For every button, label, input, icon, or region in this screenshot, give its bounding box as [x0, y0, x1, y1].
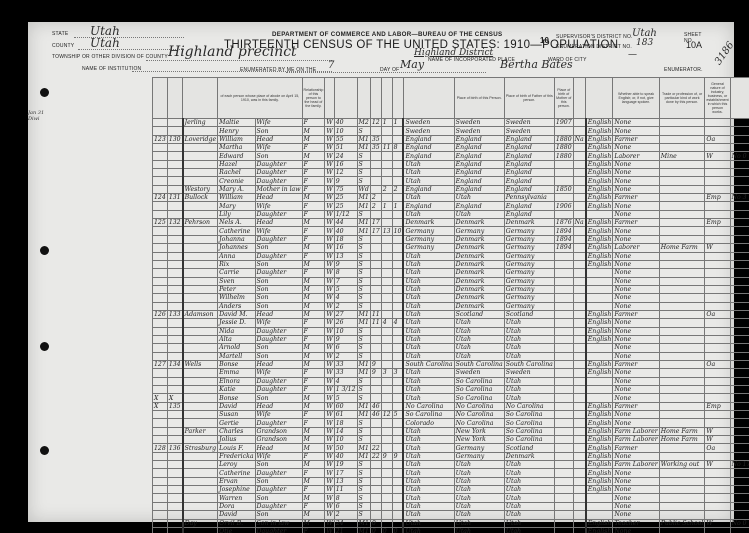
cell-surname: Westory — [183, 185, 218, 193]
cell-surname — [183, 177, 218, 185]
cell-bp: Utah — [403, 210, 454, 218]
table-row: CatherineWifeFW40M1171310GermanyGermanyG… — [153, 227, 749, 235]
cell-ch2 — [392, 444, 403, 452]
binding-hole — [40, 446, 49, 455]
cell-bp: Utah — [403, 511, 454, 519]
cell-ind — [659, 452, 705, 460]
cell-race: W — [325, 319, 334, 327]
cell-ch2 — [392, 252, 403, 260]
cell-trade: None — [613, 127, 659, 135]
cell-nat — [573, 335, 586, 343]
cell-emp — [705, 511, 730, 519]
cell-fb: New York — [454, 427, 504, 435]
cell-ind — [659, 394, 705, 402]
cell-dw — [153, 152, 168, 160]
cell-trade: Farmer — [613, 310, 659, 318]
cell-ch2 — [392, 310, 403, 318]
cell-ch1 — [381, 269, 392, 277]
cell-ms: S — [357, 377, 370, 385]
date-line — [286, 72, 486, 73]
cell-nat — [573, 152, 586, 160]
incorporated-value: Highland District — [414, 48, 493, 58]
cell-bp: Utah — [403, 469, 454, 477]
cell-race: W — [325, 127, 334, 135]
cell-race: W — [325, 386, 334, 394]
table-row: EdwardSonMW24SEnglandEnglandEngland1880E… — [153, 152, 749, 160]
cell-ch2 — [392, 277, 403, 285]
cell-ind — [659, 502, 705, 510]
cell-nat — [573, 394, 586, 402]
cell-sex: M — [302, 194, 325, 202]
cell-surname: Adamson — [183, 310, 218, 318]
cell-imm: 1894 — [554, 235, 573, 243]
cell-ch2: 5 — [392, 411, 403, 419]
cell-dw: X — [153, 402, 168, 410]
cell-trade: None — [613, 269, 659, 277]
cell-fam — [167, 344, 182, 352]
cell-trade: Farm Laborer — [613, 461, 659, 469]
cell-surname — [183, 260, 218, 268]
cell-ind — [659, 344, 705, 352]
table-row: GertieDaughterFW18SColoradoNo CarolinaSo… — [153, 419, 749, 427]
table-row: AnnaDaughterFW13SUtahDenmarkGermanyEngli… — [153, 252, 749, 260]
cell-fb: Denmark — [454, 285, 504, 293]
cell-dw: 127 — [153, 360, 168, 368]
cell-ms: S — [357, 394, 370, 402]
table-row: CreonieDaughterFW9SUtahEnglandEnglandEng… — [153, 177, 749, 185]
cell-dw: 126 — [153, 310, 168, 318]
cell-age: 24 — [334, 152, 357, 160]
cell-mb: Sweden — [504, 119, 554, 127]
cell-emp — [705, 169, 730, 177]
table-row: WilhelmSonMW4SUtahDenmarkGermanyNone — [153, 294, 749, 302]
cell-ind — [659, 402, 705, 410]
table-row: X135DavidHeadMW60M146No CarolinaNo Carol… — [153, 402, 749, 410]
cell-fb: Utah — [454, 461, 504, 469]
cell-surname: Loveridge — [183, 135, 218, 143]
cell-yrs — [370, 344, 381, 352]
cell-ch1: 11 — [381, 144, 392, 152]
cell-nat — [573, 319, 586, 327]
cell-mb: Utah — [504, 394, 554, 402]
cell-race: W — [325, 152, 334, 160]
cell-sex: F — [302, 502, 325, 510]
census-sheet: STATE Utah COUNTY Utah TOWNSHIP OR OTHER… — [28, 22, 734, 522]
cell-sex: M — [302, 135, 325, 143]
cell-ch2: 3 — [392, 369, 403, 377]
cell-dw — [153, 294, 168, 302]
cell-sex: M — [302, 127, 325, 135]
cell-dw — [153, 369, 168, 377]
cell-imm — [554, 452, 573, 460]
cell-mb: England — [504, 144, 554, 152]
cell-ch2 — [392, 394, 403, 402]
cell-fam — [167, 160, 182, 168]
cell-surname — [183, 494, 218, 502]
cell-rw: No 3 — [730, 194, 749, 202]
table-row: JosephineDaughterFW11SUtahUtahUtahEnglis… — [153, 486, 749, 494]
cell-ind — [659, 486, 705, 494]
cell-ind — [659, 135, 705, 143]
cell-yrs — [370, 177, 381, 185]
cell-rel: Son — [255, 285, 302, 293]
cell-race: W — [325, 402, 334, 410]
cell-ch1 — [381, 252, 392, 260]
cell-nat: Na — [573, 219, 586, 227]
cell-ind — [659, 235, 705, 243]
cell-rel: Daughter — [255, 419, 302, 427]
table-row: 128136StrasburgLouis F.HeadMW50M122UtahG… — [153, 444, 749, 452]
cell-lang: English — [586, 227, 613, 235]
cell-surname — [183, 269, 218, 277]
cell-trade: None — [613, 160, 659, 168]
table-row: HazelDaughterFW16SUtahEnglandEnglandEngl… — [153, 160, 749, 168]
cell-emp: W — [705, 436, 730, 444]
cell-bp: Utah — [403, 527, 454, 533]
cell-bp: Utah — [403, 169, 454, 177]
cell-ch1 — [381, 135, 392, 143]
cell-given: Orvil B. — [218, 519, 255, 527]
cell-nat — [573, 486, 586, 494]
cell-race: W — [325, 260, 334, 268]
cell-age: 27 — [334, 310, 357, 318]
cell-imm — [554, 169, 573, 177]
cell-mb: Denmark — [504, 452, 554, 460]
cell-ch1 — [381, 469, 392, 477]
cell-ms: M1 — [357, 519, 370, 527]
cell-ch1 — [381, 427, 392, 435]
cell-surname — [183, 302, 218, 310]
cell-given: Mary — [218, 202, 255, 210]
cell-imm — [554, 502, 573, 510]
cell-rel: Wife — [255, 411, 302, 419]
cell-bp: No Carolina — [403, 402, 454, 410]
cell-sex: F — [302, 386, 325, 394]
department-heading: DEPARTMENT OF COMMERCE AND LABOR—BUREAU … — [272, 31, 502, 38]
cell-sex: F — [302, 119, 325, 127]
cell-fb: So Carolina — [454, 386, 504, 394]
cell-nat — [573, 344, 586, 352]
cell-yrs — [370, 327, 381, 335]
cell-given: Gertie — [218, 419, 255, 427]
cell-mb: Utah — [504, 511, 554, 519]
cell-surname — [183, 327, 218, 335]
cell-fb: Utah — [454, 511, 504, 519]
children-living-header — [403, 78, 454, 119]
table-row: MartellSonMW2SUtahUtahUtahNone — [153, 352, 749, 360]
cell-surname — [183, 452, 218, 460]
cell-lang: English — [586, 335, 613, 343]
cell-mb: Utah — [504, 494, 554, 502]
cell-given: Catherine — [218, 469, 255, 477]
cell-given: Leroy — [218, 461, 255, 469]
table-row: ArnoldSonMW6SUtahUtahUtahNone — [153, 344, 749, 352]
table-row: OtieDaughterFW21M1000UtahUtahUtahEnglish… — [153, 527, 749, 533]
cell-ch1: 2 — [381, 185, 392, 193]
cell-lang: English — [586, 260, 613, 268]
cell-emp — [705, 119, 730, 127]
cell-ch2 — [392, 427, 403, 435]
cell-mb: Germany — [504, 302, 554, 310]
cell-lang: English — [586, 152, 613, 160]
cell-nat — [573, 511, 586, 519]
cell-surname — [183, 235, 218, 243]
state-label: STATE — [52, 31, 68, 37]
cell-age: 4 — [334, 294, 357, 302]
corner-stamp: 3186 — [713, 40, 737, 67]
table-row: RixSonMW9SUtahDenmarkGermanyEnglishNoney… — [153, 260, 749, 268]
cell-dw — [153, 486, 168, 494]
cell-rel: Daughter — [255, 210, 302, 218]
cell-bp: England — [403, 202, 454, 210]
cell-fam — [167, 144, 182, 152]
cell-trade: Laborer — [613, 244, 659, 252]
cell-given: Martell — [218, 352, 255, 360]
cell-dw — [153, 185, 168, 193]
cell-imm — [554, 269, 573, 277]
cell-emp: W — [705, 427, 730, 435]
cell-ind — [659, 119, 705, 127]
cell-fam — [167, 494, 182, 502]
cell-emp: Oa — [705, 135, 730, 143]
cell-ch1 — [381, 127, 392, 135]
cell-emp — [705, 494, 730, 502]
cell-lang — [586, 352, 613, 360]
cell-given: Martha — [218, 144, 255, 152]
cell-given: Jolius — [218, 436, 255, 444]
cell-ms: S — [357, 235, 370, 243]
cell-ch1 — [381, 461, 392, 469]
cell-ms: S — [357, 269, 370, 277]
cell-rw — [730, 436, 749, 444]
cell-sex: F — [302, 185, 325, 193]
cell-imm — [554, 194, 573, 202]
cell-lang — [586, 285, 613, 293]
cell-imm — [554, 319, 573, 327]
cell-ind — [659, 494, 705, 502]
table-row: JohannesSonMW16SGermanyDenmarkGermany189… — [153, 244, 749, 252]
cell-emp: W — [705, 519, 730, 527]
county-label: COUNTY — [52, 43, 74, 49]
cell-race: W — [325, 160, 334, 168]
cell-lang: English — [586, 219, 613, 227]
cell-fam — [167, 285, 182, 293]
cell-imm: 1876 — [554, 219, 573, 227]
cell-ch2 — [392, 502, 403, 510]
cell-bp: Utah — [403, 377, 454, 385]
cell-rel: Wife — [255, 369, 302, 377]
cell-trade: None — [613, 252, 659, 260]
cell-nat — [573, 377, 586, 385]
cell-race: W — [325, 310, 334, 318]
cell-emp — [705, 411, 730, 419]
cell-ch2 — [392, 260, 403, 268]
cell-dw — [153, 461, 168, 469]
cell-sex: M — [302, 494, 325, 502]
cell-emp: Emp — [705, 219, 730, 227]
cell-trade: Farmer — [613, 402, 659, 410]
cell-ms: S — [357, 477, 370, 485]
cell-age: 7 — [334, 277, 357, 285]
cell-race: W — [325, 177, 334, 185]
cell-trade: None — [613, 377, 659, 385]
cell-rel: Daughter — [255, 502, 302, 510]
cell-fb: Utah — [454, 469, 504, 477]
table-row: Jessie D.WifeFW26M11144UtahUtahUtahEngli… — [153, 319, 749, 327]
cell-age: 2 — [334, 511, 357, 519]
cell-bp: Utah — [403, 310, 454, 318]
cell-ch2 — [392, 210, 403, 218]
cell-age: 55 — [334, 135, 357, 143]
table-row: 123130LoveridgeWilliamHeadMW55M135Englan… — [153, 135, 749, 143]
cell-race: W — [325, 269, 334, 277]
cell-mb: England — [504, 202, 554, 210]
cell-sex: M — [302, 352, 325, 360]
cell-rw — [730, 469, 749, 477]
cell-ch1 — [381, 436, 392, 444]
cell-ind: Home Farm — [659, 427, 705, 435]
cell-ch1 — [381, 294, 392, 302]
cell-age: 10 — [334, 327, 357, 335]
cell-fb: Utah — [454, 477, 504, 485]
cell-trade: Teacher — [613, 519, 659, 527]
cell-surname — [183, 160, 218, 168]
cell-lang — [586, 394, 613, 402]
cell-bp: Colorado — [403, 419, 454, 427]
cell-fam — [167, 277, 182, 285]
cell-age: 19 — [334, 461, 357, 469]
cell-trade: None — [613, 527, 659, 533]
cell-imm: 1894 — [554, 227, 573, 235]
cell-mb: Utah — [504, 377, 554, 385]
cell-yrs — [370, 511, 381, 519]
table-row: MarthaWifeFW51M135118EnglandEnglandEngla… — [153, 144, 749, 152]
cell-lang: English — [586, 169, 613, 177]
cell-trade: Farmer — [613, 135, 659, 143]
cell-given: Creonie — [218, 177, 255, 185]
cell-rw — [730, 477, 749, 485]
cell-yrs: 35 — [370, 144, 381, 152]
table-row: 125132PehrsonNels A.HeadMW44M117DenmarkD… — [153, 219, 749, 227]
cell-yrs: 9 — [370, 360, 381, 368]
cell-ind: Public School — [659, 519, 705, 527]
cell-fam — [167, 502, 182, 510]
cell-given: Warren — [218, 494, 255, 502]
cell-nat — [573, 527, 586, 533]
cell-surname — [183, 344, 218, 352]
cell-sex: F — [302, 452, 325, 460]
cell-given: Bonse — [218, 394, 255, 402]
cell-sex: M — [302, 294, 325, 302]
census-table: of each person whose place of abode on A… — [152, 77, 749, 533]
cell-ind — [659, 285, 705, 293]
cell-fam — [167, 369, 182, 377]
cell-surname — [183, 477, 218, 485]
cell-nat — [573, 252, 586, 260]
cell-mb: Germany — [504, 252, 554, 260]
cell-race: W — [325, 477, 334, 485]
cell-yrs: 9 — [370, 369, 381, 377]
cell-imm — [554, 360, 573, 368]
cell-surname — [183, 469, 218, 477]
cell-rw — [730, 202, 749, 210]
cell-emp — [705, 302, 730, 310]
cell-sex: F — [302, 227, 325, 235]
trade-header: Trade or profession of, or particular ki… — [659, 78, 705, 119]
cell-bp: England — [403, 135, 454, 143]
cell-emp — [705, 285, 730, 293]
cell-surname — [183, 352, 218, 360]
cell-given: Johanna — [218, 235, 255, 243]
cell-dw — [153, 210, 168, 218]
cell-fb: Germany — [454, 444, 504, 452]
cell-given: Bonse — [218, 360, 255, 368]
cell-age: 9 — [334, 177, 357, 185]
cell-emp — [705, 127, 730, 135]
cell-nat — [573, 160, 586, 168]
cell-emp — [705, 227, 730, 235]
cell-surname — [183, 210, 218, 218]
cell-fb: Utah — [454, 527, 504, 533]
cell-given: David — [218, 402, 255, 410]
cell-rel: Daughter — [255, 169, 302, 177]
cell-ch2 — [392, 335, 403, 343]
birth-father-header: Place of birth of Father of this person. — [504, 78, 554, 119]
cell-ind — [659, 219, 705, 227]
cell-bp: Utah — [403, 394, 454, 402]
cell-bp: Utah — [403, 294, 454, 302]
cell-surname — [183, 511, 218, 519]
cell-imm — [554, 327, 573, 335]
cell-nat — [573, 144, 586, 152]
cell-race: W — [325, 244, 334, 252]
cell-surname — [183, 227, 218, 235]
cell-ind — [659, 511, 705, 519]
cell-ch1: 1 — [381, 119, 392, 127]
cell-dw: 123 — [153, 135, 168, 143]
cell-fb: So Carolina — [454, 394, 504, 402]
cell-mb: Utah — [504, 461, 554, 469]
cell-rw: No 0 — [730, 519, 749, 527]
cell-imm — [554, 352, 573, 360]
cell-ch1 — [381, 360, 392, 368]
cell-yrs — [370, 461, 381, 469]
cell-emp — [705, 202, 730, 210]
cell-emp — [705, 277, 730, 285]
cell-surname — [183, 202, 218, 210]
cell-yrs — [370, 294, 381, 302]
cell-emp — [705, 452, 730, 460]
cell-ch1 — [381, 177, 392, 185]
cell-fb: No Carolina — [454, 419, 504, 427]
cell-dw — [153, 411, 168, 419]
cell-ind — [659, 310, 705, 318]
cell-given: Rix — [218, 260, 255, 268]
cell-age: 50 — [334, 444, 357, 452]
cell-ch1 — [381, 210, 392, 218]
cell-fam — [167, 260, 182, 268]
cell-ch1 — [381, 502, 392, 510]
cell-fb: So Carolina — [454, 377, 504, 385]
cell-sex: M — [302, 394, 325, 402]
cell-ind — [659, 360, 705, 368]
cell-bp: South Carolina — [403, 360, 454, 368]
cell-lang: English — [586, 185, 613, 193]
cell-nat — [573, 369, 586, 377]
cell-rw: No 17 — [730, 461, 749, 469]
cell-ch2 — [392, 152, 403, 160]
cell-surname — [183, 169, 218, 177]
